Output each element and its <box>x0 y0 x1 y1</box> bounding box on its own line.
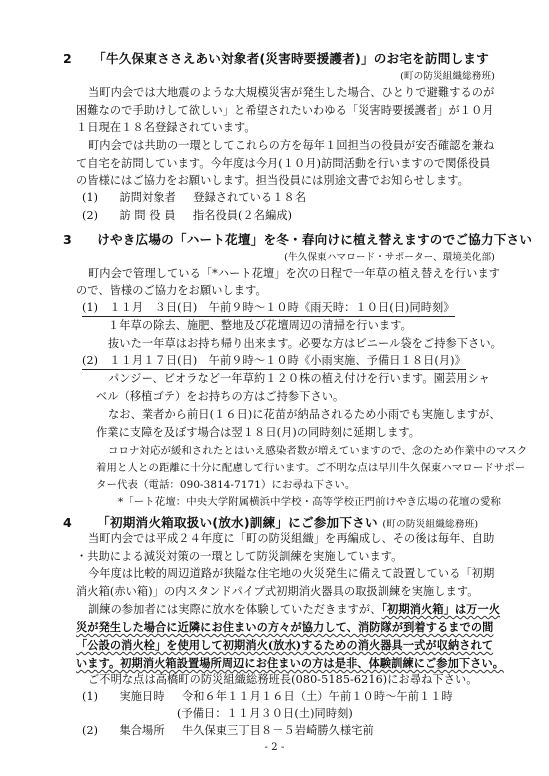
section-4-line-2: ・共助による減災対策の一環として防災訓練を実施しています。 <box>76 550 402 564</box>
section-2-item-2: (2) 訪 問 役 員 指名役員(２名編成) <box>82 209 292 223</box>
item-value: 登録されている１８名 <box>193 191 306 204</box>
section-2-title: 「牛久保東ささえあい対象者(災害時要援護者)」のお宅を訪問します <box>93 51 489 66</box>
section-3-number: 3 <box>63 232 72 247</box>
training-paragraph-emphasis-4: います。初期消火箱設置場所周辺にお住まいの方は是非、体験訓練にご参加下さい。 <box>76 656 504 670</box>
section-3-item-2-line-6: 着用と人との距離に十分に配慮して行います。ご不明な点は早川牛久保東ハマロードサポ… <box>96 461 525 475</box>
section-4-line-5: 訓練の参加者には実際に放水を体験していただきますが、「初期消火箱」は万一火 <box>88 602 500 617</box>
section-4-line-4: 消火箱(赤い箱)」の内スタンドパイプ式初期消火器具の取扱訓練を実施します。 <box>76 585 479 599</box>
item-value: 牛久保東三丁目８－５岩崎勝久様宅前 <box>182 724 374 737</box>
item-number: (1) <box>82 690 98 703</box>
section-3-heading: 3 けやき広場の「ハート花壇」を冬・春向けに植え替えますのでご協力下さい <box>63 233 532 247</box>
training-paragraph-emphasis-1: 「初期消火箱」は万一火 <box>381 602 500 616</box>
section-4-line-3: 今年度は比較的周辺道路が狭隘な住宅地の火災発生に備えて設置している「初期 <box>88 567 494 581</box>
section-2-line-5: て自宅を訪問しています。今年度は今月(１０月)訪問活動を行いますので関係役員 <box>76 157 490 171</box>
section-3-item-1-title: (1) １１月 ３日(日) 午前９時～１０時《雨天時：１０日(日)同時刻》 <box>82 301 455 317</box>
item-number: (2) <box>82 209 98 222</box>
item-value: 指名役員(２名編成) <box>193 209 292 222</box>
section-2-item-1: (1) 訪問対象者 登録されている１８名 <box>82 191 306 205</box>
section-2-line-4: 町内会では共助の一環としてこれらの方を毎年１回担当の役員が安否確認を兼ね <box>88 139 494 153</box>
page-number: - 2 - <box>0 741 549 755</box>
section-3-item-2-line-7: ター代表（電話：090-3814-7171）にお尋ね下さい。 <box>96 478 355 492</box>
section-4-item-1: (1) 実施日時 令和６年１１月１６日（土）午前１０時～午前１１時 <box>82 690 453 704</box>
item-label: 訪問対象者 <box>119 191 175 204</box>
section-4-item-1-reserve: (予備日：１１月３０日(土)同時刻) <box>177 707 353 721</box>
section-4-line-1: 当町内会では平成２４年度に「町の防災組織」を再編成し、その後は毎年、自助 <box>88 532 494 546</box>
section-2-heading: 2 「牛久保東ささえあい対象者(災害時要援護者)」のお宅を訪問します <box>63 52 489 66</box>
section-3-credit: (牛久保東ハマロード・サポーター、環境美化部) <box>284 251 495 265</box>
section-2-line-3: １日現在１８名登録されています。 <box>76 121 256 135</box>
section-3-item-1-line-2: 抜いた一年草はお持ち帰り出来ます。必要な方はビニール袋をご持参下さい。 <box>108 337 502 351</box>
training-paragraph-plain: 訓練の参加者には実際に放水を体験していただきますが、 <box>88 603 381 616</box>
section-3-item-2-line-3: なお、業者から前日(１６日)に花苗が納品されるため小雨でも実施しますが、 <box>108 408 501 422</box>
item-label: 実施日時 <box>119 690 164 703</box>
section-3-item-2-line-5: コロナ対応が緩和されたとはいえ感染者数が増えていますので、念のため作業中のマスク <box>108 444 527 458</box>
item-label: 訪 問 役 員 <box>119 209 175 222</box>
training-paragraph-emphasis-3: 「公設の消火栓」を使用して初期消火(放水)するための消火器具一式が収納されて <box>76 638 493 652</box>
section-4-item-2: (2) 集合場所 牛久保東三丁目８－５岩崎勝久様宅前 <box>82 724 374 738</box>
section-3-item-2-line-2: ベル（移植ゴテ）をお持ちの方はご持参下さい。 <box>96 390 344 404</box>
section-4-number: 4 <box>63 515 72 530</box>
section-4-credit: (町の防災組織総務班) <box>382 519 478 530</box>
section-2-line-6: の皆様にはご協力をお願いします。担当役員には別途文書でお知らせします。 <box>76 174 469 188</box>
item-number: (1) <box>82 191 98 204</box>
section-3-item-2-line-4: 作業に支障を及ぼす場合は翌１８日(月)の同時刻に延期します。 <box>96 426 420 440</box>
item-label: 集合場所 <box>119 724 164 737</box>
section-2-line-2: 困難なので手助けして欲しい」と希望されたいわゆる「災害時要援護者」が１０月 <box>76 104 494 118</box>
section-3-line-2: ので、皆様のご協力をお願いします。 <box>76 284 267 298</box>
section-2-credit: (町の防災組織総務班) <box>400 70 495 84</box>
training-paragraph-emphasis-2: 災が発生した場合に近隣にお住まいの方々が協力して、消防隊が到着するまでの間 <box>76 620 493 634</box>
section-3-line-1: 町内会で管理している「*ハート花壇」を次の日程で一年草の植え替えを行います <box>88 267 500 281</box>
section-2-line-1: 当町内会では大地震のような大規模災害が発生した場合、ひとりで避難するのが <box>88 86 494 100</box>
section-4-contact: ご不明な点は高橋町の防災組織総務班長(080-5185-6216)にお尋ね下さい… <box>88 673 478 687</box>
section-3-item-2-title: (2) １１月１７日(日) 午前９時～１０時《小雨実施、予備日１８日(月)》 <box>82 354 466 370</box>
section-3-title: けやき広場の「ハート花壇」を冬・春向けに植え替えますのでご協力下さい <box>97 232 532 247</box>
section-3-item-1-line-1: １年草の除去、施肥、整地及び花壇周辺の清掃を行います。 <box>108 319 412 333</box>
section-4-title: 「初期消火箱取扱い(放水)訓練」にご参加下さい <box>97 515 378 530</box>
item-value: 令和６年１１月１６日（土）午前１０時～午前１１時 <box>182 690 453 703</box>
section-4-heading: 4 「初期消火箱取扱い(放水)訓練」にご参加下さい (町の防災組織総務班) <box>63 516 478 532</box>
section-2-number: 2 <box>63 51 72 66</box>
section-3-item-2-line-1: パンジー、ビオラなど一年草約１２０株の植え付けを行います。園芸用シャ <box>108 372 490 386</box>
document-page: 2 「牛久保東ささえあい対象者(災害時要援護者)」のお宅を訪問します (町の防災… <box>0 0 549 776</box>
section-3-footnote: *「ート花壇：中央大学附属横浜中学校・高等学校正門前けやき広場の花壇の愛称 <box>118 495 501 509</box>
item-number: (2) <box>82 724 98 737</box>
